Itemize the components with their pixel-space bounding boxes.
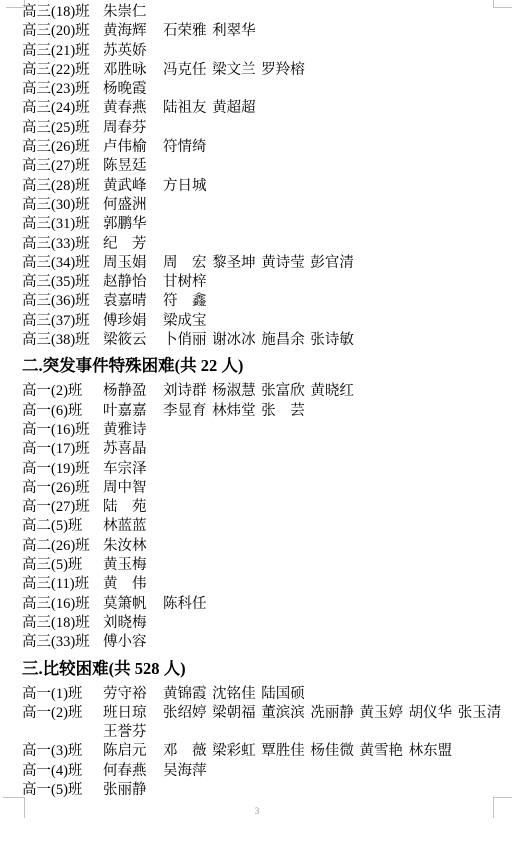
primary-student-name: 劳守裕 — [103, 685, 163, 704]
other-student-names: 方日城 — [163, 177, 494, 196]
other-student-names — [163, 781, 494, 800]
primary-student-name: 傅珍娟 — [103, 312, 163, 331]
other-student-names: 符 鑫 — [163, 292, 494, 311]
student-row: 高三(27)班陈昱廷 — [22, 157, 494, 176]
primary-student-name: 车宗泽 — [103, 460, 163, 479]
class-label: 高三(38)班 — [22, 331, 103, 350]
student-row: 高三(18)班刘晓梅 — [22, 614, 494, 633]
class-label: 高三(37)班 — [22, 312, 103, 331]
primary-student-name: 班日琼 — [103, 704, 163, 723]
class-label: 高三(33)班 — [22, 633, 103, 652]
primary-student-name: 杨晚霞 — [103, 80, 163, 99]
class-label: 高三(27)班 — [22, 157, 103, 176]
student-row: 高三(22)班邓胜咏冯克任 梁文兰 罗羚榕 — [22, 61, 494, 80]
student-row: 高一(6)班叶嘉嘉李显育 林炜堂 张 芸 — [22, 402, 494, 421]
primary-student-name: 陈昱廷 — [103, 157, 163, 176]
primary-student-name: 林蓝蓝 — [103, 517, 163, 536]
student-row: 高三(21)班苏英娇 — [22, 42, 494, 61]
student-row: 高三(18)班朱崇仁 — [22, 3, 494, 22]
other-student-names — [163, 460, 494, 479]
class-label: 高三(28)班 — [22, 177, 103, 196]
student-row: 高三(33)班傅小容 — [22, 633, 494, 652]
primary-student-name: 何盛洲 — [103, 196, 163, 215]
student-row: 高三(11)班黄 伟 — [22, 575, 494, 594]
student-row: 高一(17)班苏喜晶 — [22, 440, 494, 459]
class-label: 高三(25)班 — [22, 119, 103, 138]
other-student-names: 张绍婷 梁朝福 董滨滨 冼丽静 黄玉婷 胡仪华 张玉清 — [163, 704, 501, 723]
class-label: 高三(24)班 — [22, 99, 103, 118]
primary-student-name: 袁嘉晴 — [103, 292, 163, 311]
student-row: 高三(37)班傅珍娟梁成宝 — [22, 312, 494, 331]
primary-student-name: 周中智 — [103, 479, 163, 498]
student-row: 高三(24)班黄春燕陆祖友 黄超超 — [22, 99, 494, 118]
student-row: 高三(38)班梁筱云卜俏丽 谢冰冰 施昌余 张诗敏 — [22, 331, 494, 350]
student-row: 高二(5)班林蓝蓝 — [22, 517, 494, 536]
other-student-names — [163, 196, 494, 215]
class-label: 高一(27)班 — [22, 498, 103, 517]
other-student-names — [163, 42, 494, 61]
other-student-names — [163, 421, 494, 440]
other-student-names — [163, 235, 494, 254]
student-row: 高三(31)班郭鹏华 — [22, 215, 494, 234]
class-label: 高三(34)班 — [22, 254, 103, 273]
class-label: 高三(11)班 — [22, 575, 103, 594]
student-row: 高三(35)班赵静怡甘树梓 — [22, 273, 494, 292]
other-student-names: 梁成宝 — [163, 312, 494, 331]
other-student-names — [163, 80, 494, 99]
class-label: 高三(18)班 — [22, 3, 103, 22]
class-label: 高三(26)班 — [22, 138, 103, 157]
student-row: 高一(5)班张丽静 — [22, 781, 494, 800]
class-label: 高一(4)班 — [22, 762, 103, 781]
class-label: 高一(3)班 — [22, 742, 103, 761]
class-label: 高三(5)班 — [22, 556, 103, 575]
student-row: 高三(28)班黄武峰方日城 — [22, 177, 494, 196]
primary-student-name: 邓胜咏 — [103, 61, 163, 80]
primary-student-name: 黄雅诗 — [103, 421, 163, 440]
class-label: 高一(2)班 — [22, 704, 103, 723]
other-student-names: 符情绮 — [163, 138, 494, 157]
other-student-names: 吴海萍 — [163, 762, 494, 781]
class-label: 高三(30)班 — [22, 196, 103, 215]
class-label: 高三(18)班 — [22, 614, 103, 633]
student-row: 高三(25)班周春芬 — [22, 119, 494, 138]
student-row: 高一(1)班劳守裕黄锦霞 沈铭佳 陆国硕 — [22, 685, 494, 704]
other-student-names — [163, 215, 494, 234]
page-number: 3 — [0, 806, 514, 816]
other-student-names: 周 宏 黎圣坤 黄诗莹 彭官清 — [163, 254, 494, 273]
primary-student-name: 傅小容 — [103, 633, 163, 652]
other-student-names — [163, 633, 494, 652]
other-student-names — [163, 723, 494, 742]
margin-crop-mark-top-right — [493, 7, 512, 8]
class-label: 高二(26)班 — [22, 537, 103, 556]
primary-student-name: 周春芬 — [103, 119, 163, 138]
section-heading: 二.突发事件特殊困难(共 22 人) — [22, 356, 494, 376]
student-row: 高三(16)班莫箫帆陈科任 — [22, 595, 494, 614]
primary-student-name: 陈启元 — [103, 742, 163, 761]
other-student-names: 邓 薇 梁彩虹 覃胜佳 杨佳微 黄雪艳 林东盟 — [163, 742, 494, 761]
student-row: 高一(3)班陈启元邓 薇 梁彩虹 覃胜佳 杨佳微 黄雪艳 林东盟 — [22, 742, 494, 761]
class-label: 高一(1)班 — [22, 685, 103, 704]
student-row: 高三(33)班纪 芳 — [22, 235, 494, 254]
other-student-names: 卜俏丽 谢冰冰 施昌余 张诗敏 — [163, 331, 494, 350]
primary-student-name: 叶嘉嘉 — [103, 402, 163, 421]
class-label: 高一(19)班 — [22, 460, 103, 479]
primary-student-name: 朱崇仁 — [103, 3, 163, 22]
class-label: 高三(36)班 — [22, 292, 103, 311]
student-row: 高一(2)班班日琼张绍婷 梁朝福 董滨滨 冼丽静 黄玉婷 胡仪华 张玉清 — [22, 704, 494, 723]
other-student-names — [163, 119, 494, 138]
other-student-names — [163, 157, 494, 176]
other-student-names — [163, 556, 494, 575]
student-row: 高三(34)班周玉娟周 宏 黎圣坤 黄诗莹 彭官清 — [22, 254, 494, 273]
other-student-names — [163, 498, 494, 517]
class-label: 高三(23)班 — [22, 80, 103, 99]
document-page: 高三(18)班朱崇仁高三(20)班黄海辉石荣雅 利翠华高三(21)班苏英娇高三(… — [0, 0, 514, 847]
class-label: 高三(20)班 — [22, 22, 103, 41]
primary-student-name: 卢伟榆 — [103, 138, 163, 157]
student-row: 高一(27)班陆 苑 — [22, 498, 494, 517]
primary-student-name: 苏英娇 — [103, 42, 163, 61]
student-row: 高二(26)班朱汝林 — [22, 537, 494, 556]
primary-student-name: 朱汝林 — [103, 537, 163, 556]
student-row: 高三(36)班袁嘉晴符 鑫 — [22, 292, 494, 311]
primary-student-name: 纪 芳 — [103, 235, 163, 254]
class-label: 高一(17)班 — [22, 440, 103, 459]
class-label: 高三(31)班 — [22, 215, 103, 234]
primary-student-name: 黄玉梅 — [103, 556, 163, 575]
primary-student-name: 王誉芬 — [103, 723, 163, 742]
other-student-names: 李显育 林炜堂 张 芸 — [163, 402, 494, 421]
primary-student-name: 莫箫帆 — [103, 595, 163, 614]
student-row: 王誉芬 — [22, 723, 494, 742]
primary-student-name: 苏喜晶 — [103, 440, 163, 459]
student-row: 高一(4)班何春燕吴海萍 — [22, 762, 494, 781]
student-row: 高一(26)班周中智 — [22, 479, 494, 498]
class-label: 高三(22)班 — [22, 61, 103, 80]
primary-student-name: 郭鹏华 — [103, 215, 163, 234]
other-student-names: 冯克任 梁文兰 罗羚榕 — [163, 61, 494, 80]
class-label: 高一(2)班 — [22, 382, 103, 401]
class-label: 高三(16)班 — [22, 595, 103, 614]
class-label: 高一(26)班 — [22, 479, 103, 498]
other-student-names — [163, 575, 494, 594]
other-student-names: 黄锦霞 沈铭佳 陆国硕 — [163, 685, 494, 704]
primary-student-name: 陆 苑 — [103, 498, 163, 517]
class-label: 高一(5)班 — [22, 781, 103, 800]
other-student-names — [163, 440, 494, 459]
other-student-names: 甘树梓 — [163, 273, 494, 292]
class-label: 高三(35)班 — [22, 273, 103, 292]
primary-student-name: 黄春燕 — [103, 99, 163, 118]
class-label: 高二(5)班 — [22, 517, 103, 536]
class-label — [22, 723, 103, 742]
margin-crop-mark-bottom-right — [493, 797, 512, 798]
other-student-names: 石荣雅 利翠华 — [163, 22, 494, 41]
primary-student-name: 黄武峰 — [103, 177, 163, 196]
primary-student-name: 刘晓梅 — [103, 614, 163, 633]
student-row: 高三(20)班黄海辉石荣雅 利翠华 — [22, 22, 494, 41]
student-row: 高一(16)班黄雅诗 — [22, 421, 494, 440]
other-student-names: 陈科任 — [163, 595, 494, 614]
other-student-names — [163, 517, 494, 536]
other-student-names — [163, 537, 494, 556]
student-row: 高三(30)班何盛洲 — [22, 196, 494, 215]
other-student-names — [163, 614, 494, 633]
primary-student-name: 黄海辉 — [103, 22, 163, 41]
primary-student-name: 赵静怡 — [103, 273, 163, 292]
document-body: 高三(18)班朱崇仁高三(20)班黄海辉石荣雅 利翠华高三(21)班苏英娇高三(… — [22, 3, 494, 800]
student-row: 高三(23)班杨晚霞 — [22, 80, 494, 99]
class-label: 高一(6)班 — [22, 402, 103, 421]
student-row: 高一(19)班车宗泽 — [22, 460, 494, 479]
other-student-names — [163, 479, 494, 498]
other-student-names: 陆祖友 黄超超 — [163, 99, 494, 118]
primary-student-name: 梁筱云 — [103, 331, 163, 350]
class-label: 高一(16)班 — [22, 421, 103, 440]
student-row: 高一(2)班杨静盈刘诗群 杨淑慧 张富欣 黄晓红 — [22, 382, 494, 401]
primary-student-name: 何春燕 — [103, 762, 163, 781]
student-row: 高三(26)班卢伟榆符情绮 — [22, 138, 494, 157]
class-label: 高三(33)班 — [22, 235, 103, 254]
other-student-names — [163, 3, 494, 22]
primary-student-name: 周玉娟 — [103, 254, 163, 273]
section-heading: 三.比较困难(共 528 人) — [22, 659, 494, 679]
primary-student-name: 杨静盈 — [103, 382, 163, 401]
primary-student-name: 黄 伟 — [103, 575, 163, 594]
student-row: 高三(5)班黄玉梅 — [22, 556, 494, 575]
class-label: 高三(21)班 — [22, 42, 103, 61]
other-student-names: 刘诗群 杨淑慧 张富欣 黄晓红 — [163, 382, 494, 401]
primary-student-name: 张丽静 — [103, 781, 163, 800]
